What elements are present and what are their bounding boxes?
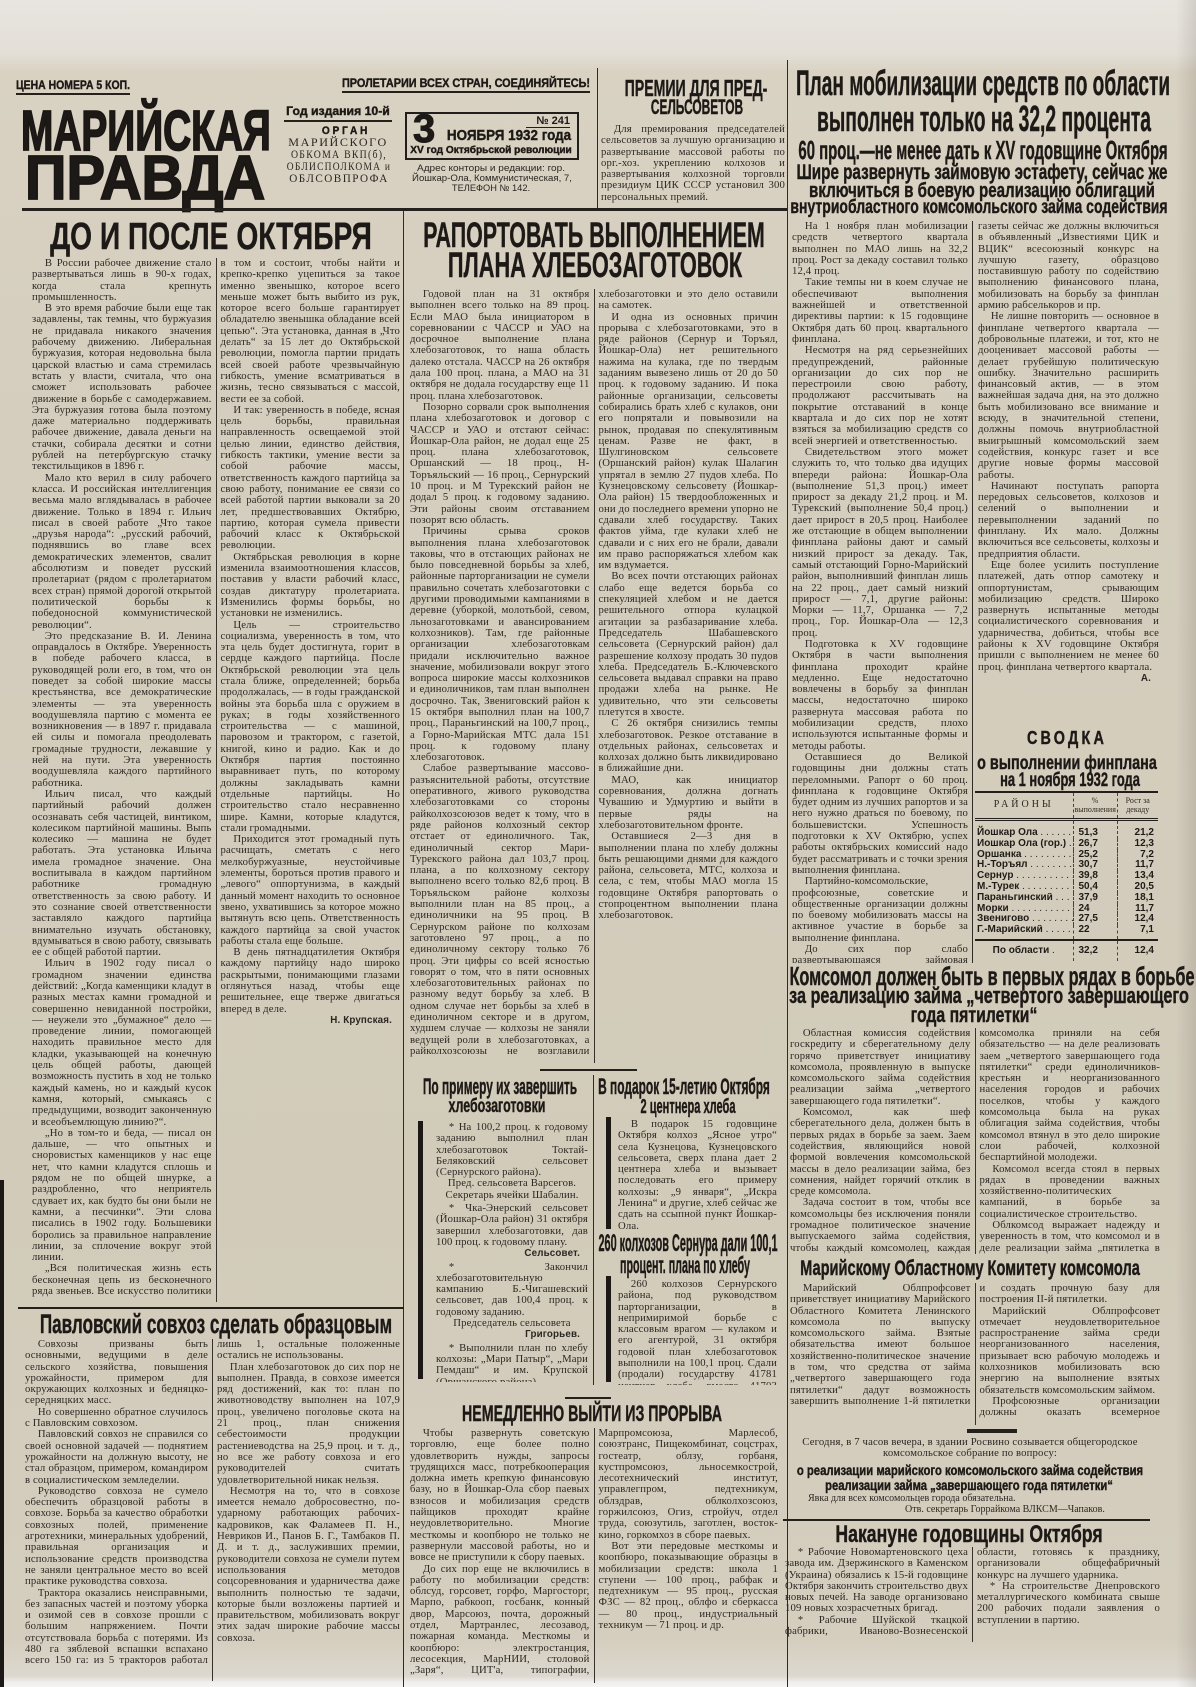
headline-text: По примеру их завершить bbox=[423, 1076, 577, 1098]
paragraph: * На строительстве Днепровского металлур… bbox=[977, 1581, 1160, 1626]
completion-percent: 25,2 bbox=[1073, 850, 1117, 861]
follow-example-headline: хлебозаготовки bbox=[448, 1097, 545, 1117]
paragraph: Причины срыва сроков выполнения плана хл… bbox=[410, 526, 590, 763]
decade-growth: 12,3 bbox=[1117, 839, 1158, 850]
svodka-title: СВОДКА bbox=[1027, 729, 1107, 749]
paragraph: Подготовка к XV годовщине Октября в част… bbox=[792, 639, 968, 752]
breakthrough-body: Чтобы развернуть советскую торговлю, еще… bbox=[410, 1428, 778, 1683]
price-text: ЦЕНА НОМЕРА 5 КОП. bbox=[16, 79, 130, 91]
headline-text: Накануне годовщины Октября bbox=[835, 1523, 1102, 1547]
title-text: СВОДКА bbox=[1027, 729, 1107, 747]
slogan-underline bbox=[342, 91, 590, 93]
column-rule bbox=[593, 1075, 594, 1385]
table-body: Йошкар Ола51,321,2Йошкар Ола (гор.)26,71… bbox=[975, 820, 1158, 940]
table-row: Г.-Марийский227,1 bbox=[975, 925, 1158, 940]
pavlovsky-body: Совхозы призваны быть основными, ведущим… bbox=[25, 1339, 400, 1681]
completion-percent: 24 bbox=[1073, 904, 1117, 915]
decorative-bar bbox=[418, 1121, 423, 1379]
premii-body: Для премирования председателей сельсовет… bbox=[601, 124, 785, 208]
paragraph: Областная комиссия содействия госкредиту… bbox=[790, 1028, 971, 1107]
topic-text: реализации займа „завершающего года пяти… bbox=[825, 1478, 1113, 1492]
completion-percent: 51,3 bbox=[1073, 820, 1117, 839]
paragraph: Вот эти передовые месткомы и коопбюро, п… bbox=[599, 1541, 779, 1631]
decade-growth: 11,7 bbox=[1117, 904, 1158, 915]
paragraph: С 26 октября снизились темпы хлебозагото… bbox=[599, 718, 779, 774]
decade-growth: 7,1 bbox=[1117, 925, 1158, 940]
publication-year: Год издания 10-й bbox=[286, 105, 390, 118]
table-row: Йошкар Ола51,321,2 bbox=[975, 820, 1158, 839]
paragraph: Марийский Облпрофсовет отмечает неудовле… bbox=[980, 1306, 1161, 1396]
headline-text: ДО И ПОСЛЕ ОКТЯБРЯ bbox=[50, 218, 372, 256]
district-name: Йошкар Ола (гор.) bbox=[975, 839, 1073, 850]
headline-text: План мобилизации средств по области bbox=[796, 66, 1170, 101]
paragraph: Позорно сорвали срок выполнения плана хл… bbox=[410, 402, 590, 526]
address-text: ТЕЛЕФОН № 142. bbox=[452, 184, 530, 194]
paragraph: * Рабочие Новомартеновского цеха завода … bbox=[785, 1547, 968, 1615]
headline-text: СЕЛЬСОВЕТОВ bbox=[651, 97, 743, 118]
completion-percent: 39,8 bbox=[1073, 871, 1117, 882]
paragraph: Ильич в 1902 году писал о громадном знач… bbox=[32, 958, 212, 1127]
paragraph: * Выполнили план по хлебу колхозы: „Мари… bbox=[436, 1343, 588, 1382]
subtitle-text: на 1 ноября 1932 года bbox=[1000, 771, 1140, 790]
paragraph: Не лишне повторить — основное в финплане… bbox=[978, 311, 1159, 480]
headline-text: В подарок 15-летию Октября bbox=[598, 1076, 770, 1098]
headline-text: выполнен только на 32,2 процента bbox=[817, 101, 1151, 137]
completion-percent: 50,4 bbox=[1073, 882, 1117, 893]
announcement-topic: реализации займа „завершающего года пяти… bbox=[825, 1478, 1113, 1493]
sernur-headline: процент. плана по хлебу bbox=[620, 1254, 750, 1277]
organ-line: ОБЛСОВПРОФА bbox=[289, 174, 389, 186]
district-name: Звенигово bbox=[975, 914, 1073, 925]
paragraph: Чтобы развернуть советскую торговлю, еще… bbox=[410, 1428, 590, 1564]
column-header-percent: % выполнения bbox=[1073, 792, 1117, 820]
decade-growth: 11,7 bbox=[1117, 860, 1158, 871]
headline-text: Павловский совхоз сделать образцовым bbox=[40, 1311, 392, 1338]
signature-label: Председатель сельсовета bbox=[436, 1318, 588, 1329]
finplan-body-col1: На 1 ноября план мобилизации средств чет… bbox=[792, 221, 968, 963]
total-label: По области bbox=[975, 940, 1073, 961]
paragraph: 260 колхозов Сернурского района, под рук… bbox=[618, 1279, 777, 1385]
obkom-letter-headline: Марийскому Областному Комитету комсомола bbox=[800, 1258, 1140, 1280]
paragraph: Такие темпы ни в коем случае не обеспечи… bbox=[792, 277, 968, 345]
paragraph: Павловский совхоз не справился со своей … bbox=[25, 1429, 208, 1485]
month-year-text: НОЯБРЯ 1932 года bbox=[447, 129, 571, 144]
paragraph: Комсомол, как шеф сберегательного дела, … bbox=[790, 1107, 971, 1197]
table-total-row: По области 32,2 12,4 bbox=[975, 940, 1158, 961]
paragraph: В подарок 15 годовщине Октября колхоз „Я… bbox=[618, 1119, 777, 1231]
lead-headline: выполнен только на 32,2 процента bbox=[817, 101, 1151, 137]
finplan-body-col2: газеты сейчас же должны включиться в объ… bbox=[978, 221, 1159, 726]
breakthrough-headline: НЕМЕДЛЕННО ВЫЙТИ ИЗ ПРОРЫВА bbox=[462, 1403, 722, 1425]
table-row: Йошкар Ола (гор.)26,712,3 bbox=[975, 839, 1158, 850]
era-text: XV год Октябрьской революции bbox=[410, 146, 572, 156]
completion-percent: 27,5 bbox=[1073, 914, 1117, 925]
follow-example-headline: По примеру их завершить bbox=[423, 1076, 577, 1098]
headline-text: 2 центнера хлеба bbox=[640, 1097, 735, 1117]
district-name: Морки bbox=[975, 904, 1073, 915]
organ-text: ОБЛИСПОЛКОМА и bbox=[287, 162, 391, 174]
organ-text: ОБЛСОВПРОФА bbox=[289, 174, 389, 186]
column-rule bbox=[972, 221, 973, 963]
slogan-text: ПРОЛЕТАРИИ ВСЕХ СТРАН, СОЕДИНЯЙТЕСЬ! bbox=[342, 77, 590, 89]
total-growth: 12,4 bbox=[1117, 940, 1158, 961]
paragraph: Несмотря на ряд серьезнейших предупрежде… bbox=[792, 345, 968, 447]
short-rule bbox=[540, 1069, 637, 1071]
headline-text: процент. плана по хлебу bbox=[620, 1254, 750, 1277]
district-name: Г.-Марийский bbox=[975, 925, 1073, 940]
decade-growth: 7,2 bbox=[1117, 850, 1158, 861]
announcement-attendance: Явка для всех комсомольцев города обязат… bbox=[808, 1494, 1016, 1504]
headline-text: НЕМЕДЛЕННО ВЫЙТИ ИЗ ПРОРЫВА bbox=[462, 1403, 722, 1425]
newspaper-title-line2: ПРАВДА bbox=[25, 148, 265, 212]
komsomol-loan-body: Областная комиссия содействия госкредиту… bbox=[790, 1028, 1160, 1254]
announcement-intro-text: Сегодня, в 7 часов вечера, в здании Росв… bbox=[795, 1437, 1145, 1460]
grain-report-body: Годовой план на 31 октября выполнен всег… bbox=[410, 289, 778, 1063]
price-label: ЦЕНА НОМЕРА 5 КОП. bbox=[16, 79, 130, 92]
eve-headline: Накануне годовщины Октября bbox=[835, 1523, 1102, 1547]
short-rule bbox=[967, 1429, 1017, 1433]
title-text: ПРАВДА bbox=[25, 148, 265, 210]
decade-growth: 21,2 bbox=[1117, 820, 1158, 839]
paragraph: Партийно-комсомольские, профсоюзные, сов… bbox=[792, 876, 968, 944]
paragraph: И одна из основных причин прорыва с хлеб… bbox=[599, 312, 779, 572]
table-row: Оршанка25,27,2 bbox=[975, 850, 1158, 861]
gift-headline: В подарок 15-летию Октября bbox=[598, 1076, 770, 1098]
district-name: Параньгинский bbox=[975, 893, 1073, 904]
headline-text: ПЛАНА ХЛЕБОЗАГОТОВОК bbox=[448, 248, 742, 283]
table-row: Морки2411,7 bbox=[975, 904, 1158, 915]
paragraph: Для премирования председателей сельсовет… bbox=[601, 124, 785, 203]
paragraph: МАО, как инициатор соревнования, должна … bbox=[599, 775, 779, 831]
district-name: Сернур bbox=[975, 871, 1073, 882]
svodka-subtitle: на 1 ноября 1932 года bbox=[1000, 771, 1140, 790]
follow-example-body: * На 100,2 проц. к годовому заданию выпо… bbox=[436, 1120, 588, 1382]
paragraph: В день пятнадцатилетия Октября каждому п… bbox=[221, 947, 401, 1015]
year-text: Год издания 10-й bbox=[286, 105, 390, 117]
paragraph: газеты сейчас же должны включиться в объ… bbox=[978, 221, 1159, 311]
gift-body: В подарок 15 годовщине Октября колхоз „Я… bbox=[618, 1119, 777, 1231]
organ-text: ОБКОМА ВКП(б), bbox=[291, 150, 387, 162]
announcement-topic: о реализации марийского комсомольского з… bbox=[797, 1463, 1143, 1478]
total-percent: 32,2 bbox=[1073, 940, 1117, 961]
table-row: Звенигово27,512,4 bbox=[975, 914, 1158, 925]
table-row: М.-Турек50,420,5 bbox=[975, 882, 1158, 893]
signature: А. bbox=[978, 673, 1159, 684]
eve-body: * Рабочие Новомартеновского цеха завода … bbox=[785, 1547, 1160, 1642]
table-row: Сернур39,813,4 bbox=[975, 871, 1158, 882]
district-name: Н.-Торъял bbox=[975, 860, 1073, 871]
komsomol-loan-headline: года пятилетки“ bbox=[910, 1005, 1037, 1026]
masthead-rule bbox=[22, 208, 787, 211]
paragraph: Совхозы призваны быть основными, ведущим… bbox=[25, 1339, 208, 1407]
paragraph: Но совершенно обратное случилось с Павло… bbox=[25, 1407, 208, 1430]
paragraph: Руководство совхоза не сумело обеспечить… bbox=[25, 1486, 208, 1588]
column-header-district: РАЙОНЫ bbox=[975, 792, 1073, 820]
decade-growth: 13,4 bbox=[1117, 871, 1158, 882]
column-rule bbox=[597, 68, 598, 209]
lead-subheadline: 60 проц.—не менее дать к XV годовщине Ок… bbox=[798, 137, 1167, 163]
signature: Н. Крупская. bbox=[221, 1015, 401, 1026]
announcement-intro: Сегодня, в 7 часов вечера, в здании Росв… bbox=[795, 1437, 1145, 1461]
district-name: Йошкар Ола bbox=[975, 820, 1073, 839]
paragraph: Несмотря на то, что в совхозе имеется не… bbox=[217, 1486, 400, 1644]
revolution-year: XV год Октябрьской революции bbox=[410, 146, 572, 156]
decorative-bar bbox=[606, 1276, 611, 1382]
svodka-table: РАЙОНЫ % выполнения Рост за декаду Йошка… bbox=[975, 791, 1158, 961]
issue-day: 3 bbox=[413, 109, 435, 149]
organ-text: ОРГАН bbox=[322, 126, 370, 137]
signature: Сельсовет. bbox=[436, 1248, 588, 1259]
paragraph: * Закончил хлебозаготовительную кампанию… bbox=[436, 1262, 588, 1318]
headline-text: 60 проц.—не менее дать к XV годовщине Ок… bbox=[798, 137, 1167, 163]
table-header-row: РАЙОНЫ % выполнения Рост за декаду bbox=[975, 792, 1158, 820]
column-header-growth: Рост за декаду bbox=[1117, 792, 1158, 820]
district-name: М.-Турек bbox=[975, 882, 1073, 893]
issue-month-year: НОЯБРЯ 1932 года bbox=[447, 129, 571, 144]
completion-percent: 26,7 bbox=[1073, 839, 1117, 850]
completion-percent: 22 bbox=[1073, 925, 1117, 940]
decade-growth: 18,1 bbox=[1117, 893, 1158, 904]
paragraph: Это предсказание В. И. Ленина оправдалос… bbox=[32, 631, 212, 789]
price-underline bbox=[16, 93, 130, 95]
year-underline bbox=[284, 120, 392, 122]
paragraph: Ильич писал, что каждый партийный рабочи… bbox=[32, 789, 212, 958]
district-name: Оршанка bbox=[975, 850, 1073, 861]
slogan: ПРОЛЕТАРИИ ВСЕХ СТРАН, СОЕДИНЯЙТЕСЬ! bbox=[342, 77, 590, 90]
announcement-signature: Отв. секретарь Горрайкома ВЛКСМ—Чапаков. bbox=[905, 1505, 1105, 1515]
table-row: Параньгинский37,918,1 bbox=[975, 893, 1158, 904]
headline-text: внутриобластного комсомольского займа со… bbox=[790, 198, 1167, 217]
paragraph: В России рабочее движение стало разверты… bbox=[32, 258, 212, 303]
obkom-letter-body: Марийский Облпрофсовет приветствует иниц… bbox=[790, 1283, 1160, 1425]
short-rule bbox=[565, 1397, 611, 1399]
decade-growth: 20,5 bbox=[1117, 882, 1158, 893]
address-line: ТЕЛЕФОН № 142. bbox=[452, 184, 530, 194]
signature: Секретарь ячейки Шабалин. bbox=[436, 1190, 588, 1201]
paragraph: И так: уверенность в победе, ясная цель … bbox=[221, 405, 401, 552]
paragraph: На 1 ноября план мобилизации средств чет… bbox=[792, 221, 968, 277]
paragraph: План хлебозаготовок до сих пор не выполн… bbox=[217, 1362, 400, 1486]
lead-headline: План мобилизации средств по области bbox=[796, 66, 1170, 102]
premii-headline: СЕЛЬСОВЕТОВ bbox=[651, 97, 743, 119]
paragraph: Оставшиеся 2—3 дня в выполнении плана по… bbox=[599, 831, 779, 921]
paragraph: * На 100,2 проц. к годовому заданию выпо… bbox=[436, 1122, 588, 1178]
table-row: Н.-Торъял30,711,7 bbox=[975, 860, 1158, 871]
decorative-bar bbox=[606, 1117, 611, 1229]
completion-percent: 30,7 bbox=[1073, 860, 1117, 871]
paragraph: Комсомол всегда стоял в первых рядах в п… bbox=[980, 1164, 1161, 1220]
signature: Григорьев. bbox=[436, 1329, 588, 1340]
paragraph: Цель — строительство социализма, уверенн… bbox=[221, 620, 401, 835]
scan-edge bbox=[0, 1180, 4, 1687]
page-shadow bbox=[1176, 0, 1196, 1687]
paragraph: Оставшиеся до Великой годовщины дни долж… bbox=[792, 752, 968, 876]
paragraph: „Но в том-то и беда, — писал он дальше, … bbox=[32, 1128, 212, 1264]
paragraph: Октябрьская революция в корне изменила в… bbox=[221, 552, 401, 620]
paragraph: Свидетельством этого может служить то, ч… bbox=[792, 447, 968, 639]
paragraph: Еще более усилить поступление платежей, … bbox=[978, 560, 1159, 673]
sernur-body: 260 колхозов Сернурского района, под рук… bbox=[618, 1279, 777, 1385]
grain-report-headline: ПЛАНА ХЛЕБОЗАГОТОВОК bbox=[448, 248, 742, 284]
pavlovsky-headline: Павловский совхоз сделать образцовым bbox=[40, 1311, 392, 1339]
topic-text: о реализации марийского комсомольского з… bbox=[797, 1463, 1143, 1477]
paragraph: Начинают поступать рапорта передовых сел… bbox=[978, 481, 1159, 560]
organ-text: МАРИЙСКОГО bbox=[288, 138, 388, 150]
headline-text: Марийскому Областному Комитету комсомола bbox=[800, 1258, 1140, 1279]
decade-growth: 12,4 bbox=[1117, 914, 1158, 925]
paragraph: * Чка-Энерский сельсовет (Йошкар-Ола рай… bbox=[436, 1203, 588, 1248]
issue-number: № 241 bbox=[526, 116, 570, 128]
headline-text: хлебозаготовки bbox=[448, 1097, 545, 1116]
gift-headline: 2 центнера хлеба bbox=[640, 1097, 735, 1117]
lead-subheadline: внутриобластного комсомольского займа со… bbox=[790, 198, 1167, 217]
section-rule bbox=[403, 211, 404, 1687]
newspaper-page: ЦЕНА НОМЕРА 5 КОП. ПРОЛЕТАРИИ ВСЕХ СТРАН… bbox=[0, 0, 1196, 1687]
krupskaya-body: В России рабочее движение стало разверты… bbox=[32, 258, 400, 1302]
paragraph: Приходится этот громадный путь расчищать… bbox=[221, 834, 401, 947]
paragraph: Мало кто верил в силу рабочего класса. И… bbox=[32, 473, 212, 631]
section-rule bbox=[787, 60, 788, 1687]
headline-text: года пятилетки“ bbox=[910, 1005, 1037, 1026]
completion-percent: 37,9 bbox=[1073, 893, 1117, 904]
paragraph: В это время рабочие были еще так задавле… bbox=[32, 303, 212, 472]
krupskaya-headline: ДО И ПОСЛЕ ОКТЯБРЯ bbox=[50, 218, 372, 258]
paragraph: Во всех почти отстающих районах слабо ещ… bbox=[599, 571, 779, 718]
paragraph: Годовой план на 31 октября выполнен всег… bbox=[410, 289, 590, 402]
